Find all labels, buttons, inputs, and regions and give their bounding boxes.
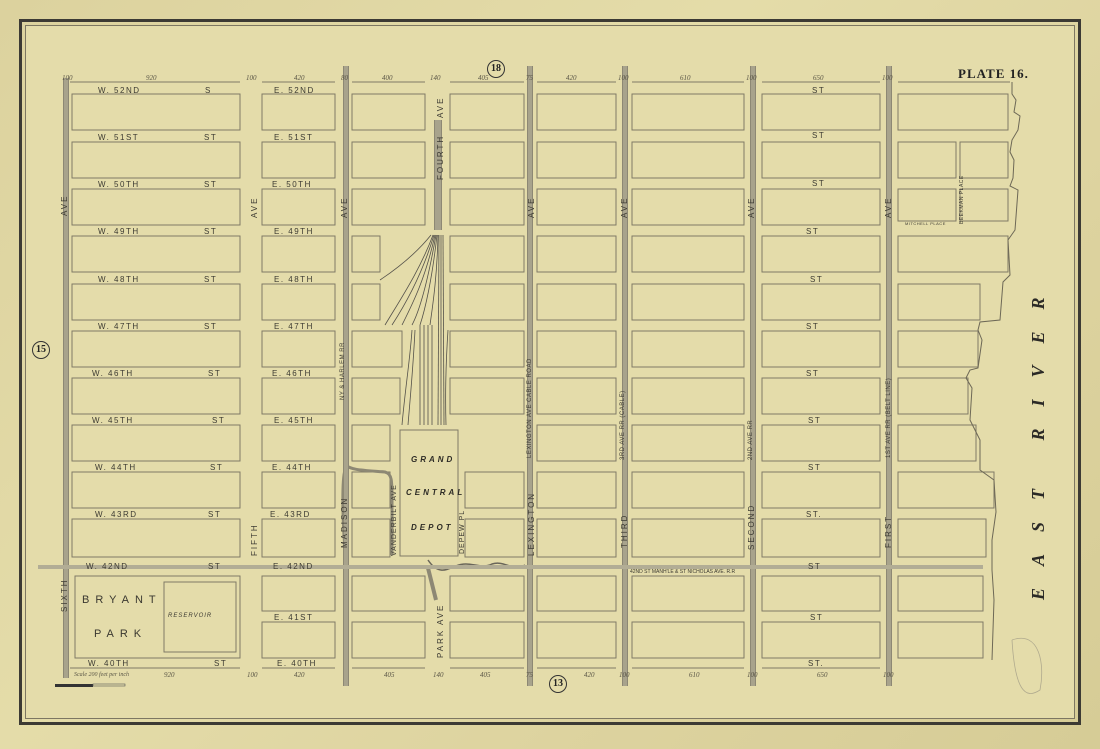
street-label-west: W. 43RD bbox=[95, 510, 138, 519]
dim-top: 405 bbox=[478, 74, 489, 82]
rail-label: 3RD AVE RR (CABLE) bbox=[620, 390, 626, 460]
dim-bottom: 405 bbox=[384, 671, 395, 679]
dim-top: 75 bbox=[526, 74, 533, 82]
first-avenue bbox=[886, 66, 892, 686]
adjacent-plate-bottom[interactable]: 13 bbox=[549, 675, 567, 693]
dim-bottom: 420 bbox=[584, 671, 595, 679]
street-grid bbox=[0, 0, 1100, 749]
dim-bottom: 405 bbox=[480, 671, 491, 679]
street-label-st: ST bbox=[806, 322, 819, 331]
beekman-place-label: BEEKMAN PLACE bbox=[959, 175, 965, 224]
dim-top: 420 bbox=[294, 74, 305, 82]
mitchell-place-label: MITCHELL PLACE bbox=[905, 221, 946, 226]
third-avenue bbox=[622, 66, 628, 686]
street-label-st: ST bbox=[812, 86, 825, 95]
dim-top: 140 bbox=[430, 74, 441, 82]
rail-label: NY & HARLEM RR bbox=[340, 342, 346, 400]
street-label-east: E. 52ND bbox=[274, 86, 315, 95]
street-label-west: W. 51ST bbox=[98, 133, 139, 142]
street-label-st: ST bbox=[806, 369, 819, 378]
42nd-street bbox=[38, 565, 983, 569]
street-label-west: ST bbox=[204, 133, 217, 142]
dim-top: 400 bbox=[382, 74, 393, 82]
plate-title: PLATE 16. bbox=[958, 66, 1029, 82]
avenue-label: AVE bbox=[60, 195, 69, 216]
avenue-label: AVE bbox=[340, 197, 349, 218]
street-label-west: ST bbox=[204, 322, 217, 331]
street-label-west: ST bbox=[204, 275, 217, 284]
dim-bottom: 100 bbox=[247, 671, 258, 679]
street-label-east: E. 44TH bbox=[272, 463, 312, 472]
bryant-park-label: PARK bbox=[94, 628, 147, 640]
depot-label: CENTRAL bbox=[406, 488, 465, 497]
dim-top: 100 bbox=[882, 74, 893, 82]
dim-top: 100 bbox=[746, 74, 757, 82]
street-label-east: E. 48TH bbox=[274, 275, 314, 284]
dim-bottom: 100 bbox=[747, 671, 758, 679]
street-label-west: ST bbox=[208, 510, 221, 519]
dim-top: 610 bbox=[680, 74, 691, 82]
street-label-west: W. 44TH bbox=[95, 463, 137, 472]
east-river-label: EAST RIVER bbox=[1028, 275, 1049, 600]
street-label-west: W. 40TH bbox=[88, 659, 130, 668]
avenue-label: SECOND bbox=[747, 504, 756, 550]
dim-top: 80 bbox=[341, 74, 348, 82]
dim-top: 100 bbox=[62, 74, 73, 82]
dim-top: 420 bbox=[566, 74, 577, 82]
street-label-east: E. 43RD bbox=[270, 510, 311, 519]
street-label-east: E. 41ST bbox=[274, 613, 313, 622]
street-label-west: ST bbox=[204, 227, 217, 236]
avenue-label: PARK AVE bbox=[436, 604, 445, 658]
street-label-west: W. 50TH bbox=[98, 180, 140, 189]
street-label-east: E. 45TH bbox=[274, 416, 314, 425]
avenue-label: AVE bbox=[620, 197, 629, 218]
avenue-label: AVE bbox=[436, 97, 445, 118]
depot-label: DEPOT bbox=[411, 523, 454, 532]
street-label-west: W. 46TH bbox=[92, 369, 134, 378]
scale-label: Scale 200 feet per inch bbox=[74, 672, 129, 678]
avenue-label: FIFTH bbox=[250, 523, 259, 556]
rail-label: LEXINGTON AVE CABLE ROAD bbox=[527, 358, 533, 458]
dim-bottom: 920 bbox=[164, 671, 175, 679]
dim-top: 920 bbox=[146, 74, 157, 82]
rail-label: 2ND AVE RR bbox=[748, 420, 754, 460]
street-label-west: W. 47TH bbox=[98, 322, 140, 331]
street-label-west: W. 42ND bbox=[86, 562, 129, 571]
street-label-st: ST. bbox=[806, 510, 822, 519]
street-label-west: ST bbox=[208, 562, 221, 571]
dim-bottom: 100 bbox=[619, 671, 630, 679]
street-label-east: E. 42ND bbox=[273, 562, 314, 571]
street-label-st: ST bbox=[808, 416, 821, 425]
street-label-west: ST bbox=[210, 463, 223, 472]
street-label-east: E. 50TH bbox=[272, 180, 312, 189]
street-label-st: ST bbox=[810, 275, 823, 284]
street-label-east: E. 40TH bbox=[277, 659, 317, 668]
street-label-west: W. 52ND bbox=[98, 86, 141, 95]
dim-bottom: 75 bbox=[526, 671, 533, 679]
adjacent-plate-left[interactable]: 15 bbox=[32, 341, 50, 359]
adjacent-plate-top[interactable]: 18 bbox=[487, 60, 505, 78]
avenue-label: AVE bbox=[250, 197, 259, 218]
avenue-label: AVE bbox=[527, 197, 536, 218]
avenue-label: MADISON bbox=[340, 497, 349, 548]
avenue-label: LEXINGTON bbox=[527, 492, 536, 556]
street-label-east: E. 47TH bbox=[274, 322, 314, 331]
street-label-west: W. 45TH bbox=[92, 416, 134, 425]
street-label-west: ST bbox=[212, 416, 225, 425]
street-label-west: W. 49TH bbox=[98, 227, 140, 236]
street-label-st: ST bbox=[808, 562, 821, 571]
depew-label: DEPEW PL bbox=[459, 510, 466, 554]
street-label-west: ST bbox=[208, 369, 221, 378]
avenue-label: AVE bbox=[747, 197, 756, 218]
dim-bottom: 650 bbox=[817, 671, 828, 679]
street-label-east: E. 46TH bbox=[272, 369, 312, 378]
dim-top: 100 bbox=[618, 74, 629, 82]
street-label-st: ST bbox=[806, 227, 819, 236]
street-label-west: W. 48TH bbox=[98, 275, 140, 284]
avenue-label: FIRST bbox=[884, 515, 893, 548]
avenue-label: AVE bbox=[884, 197, 893, 218]
dim-top: 650 bbox=[813, 74, 824, 82]
street-label-st: ST. bbox=[808, 659, 824, 668]
street-label-st: ST bbox=[812, 131, 825, 140]
street-label-st: ST bbox=[812, 179, 825, 188]
dim-bottom: 610 bbox=[689, 671, 700, 679]
street-label-west: ST bbox=[204, 180, 217, 189]
depot-label: GRAND bbox=[411, 455, 455, 464]
dim-bottom: 420 bbox=[294, 671, 305, 679]
avenue-label: FOURTH bbox=[436, 135, 445, 180]
street-label-east: E. 49TH bbox=[274, 227, 314, 236]
avenue-label: THIRD bbox=[620, 514, 629, 548]
street-label-st: ST bbox=[810, 613, 823, 622]
street-label-west: S bbox=[205, 86, 212, 95]
vanderbilt-label: VANDERBILT AVE bbox=[391, 484, 398, 556]
street-label-west: ST bbox=[214, 659, 227, 668]
street-label-east: E. 51ST bbox=[274, 133, 313, 142]
reservoir-label: RESERVOIR bbox=[168, 613, 212, 619]
second-avenue bbox=[750, 66, 756, 686]
street-label-st: ST bbox=[808, 463, 821, 472]
dim-bottom: 140 bbox=[433, 671, 444, 679]
avenue-label: SIXTH bbox=[60, 578, 69, 612]
rail-label: 1ST AVE RR (BELT LINE) bbox=[886, 378, 892, 458]
bryant-park-label: BRYANT bbox=[82, 594, 162, 606]
dim-bottom: 100 bbox=[883, 671, 894, 679]
dim-top: 100 bbox=[246, 74, 257, 82]
rail-42nd-label: 42ND ST MANH'LE & ST NICHOLAS AVE. R.R bbox=[630, 569, 735, 575]
